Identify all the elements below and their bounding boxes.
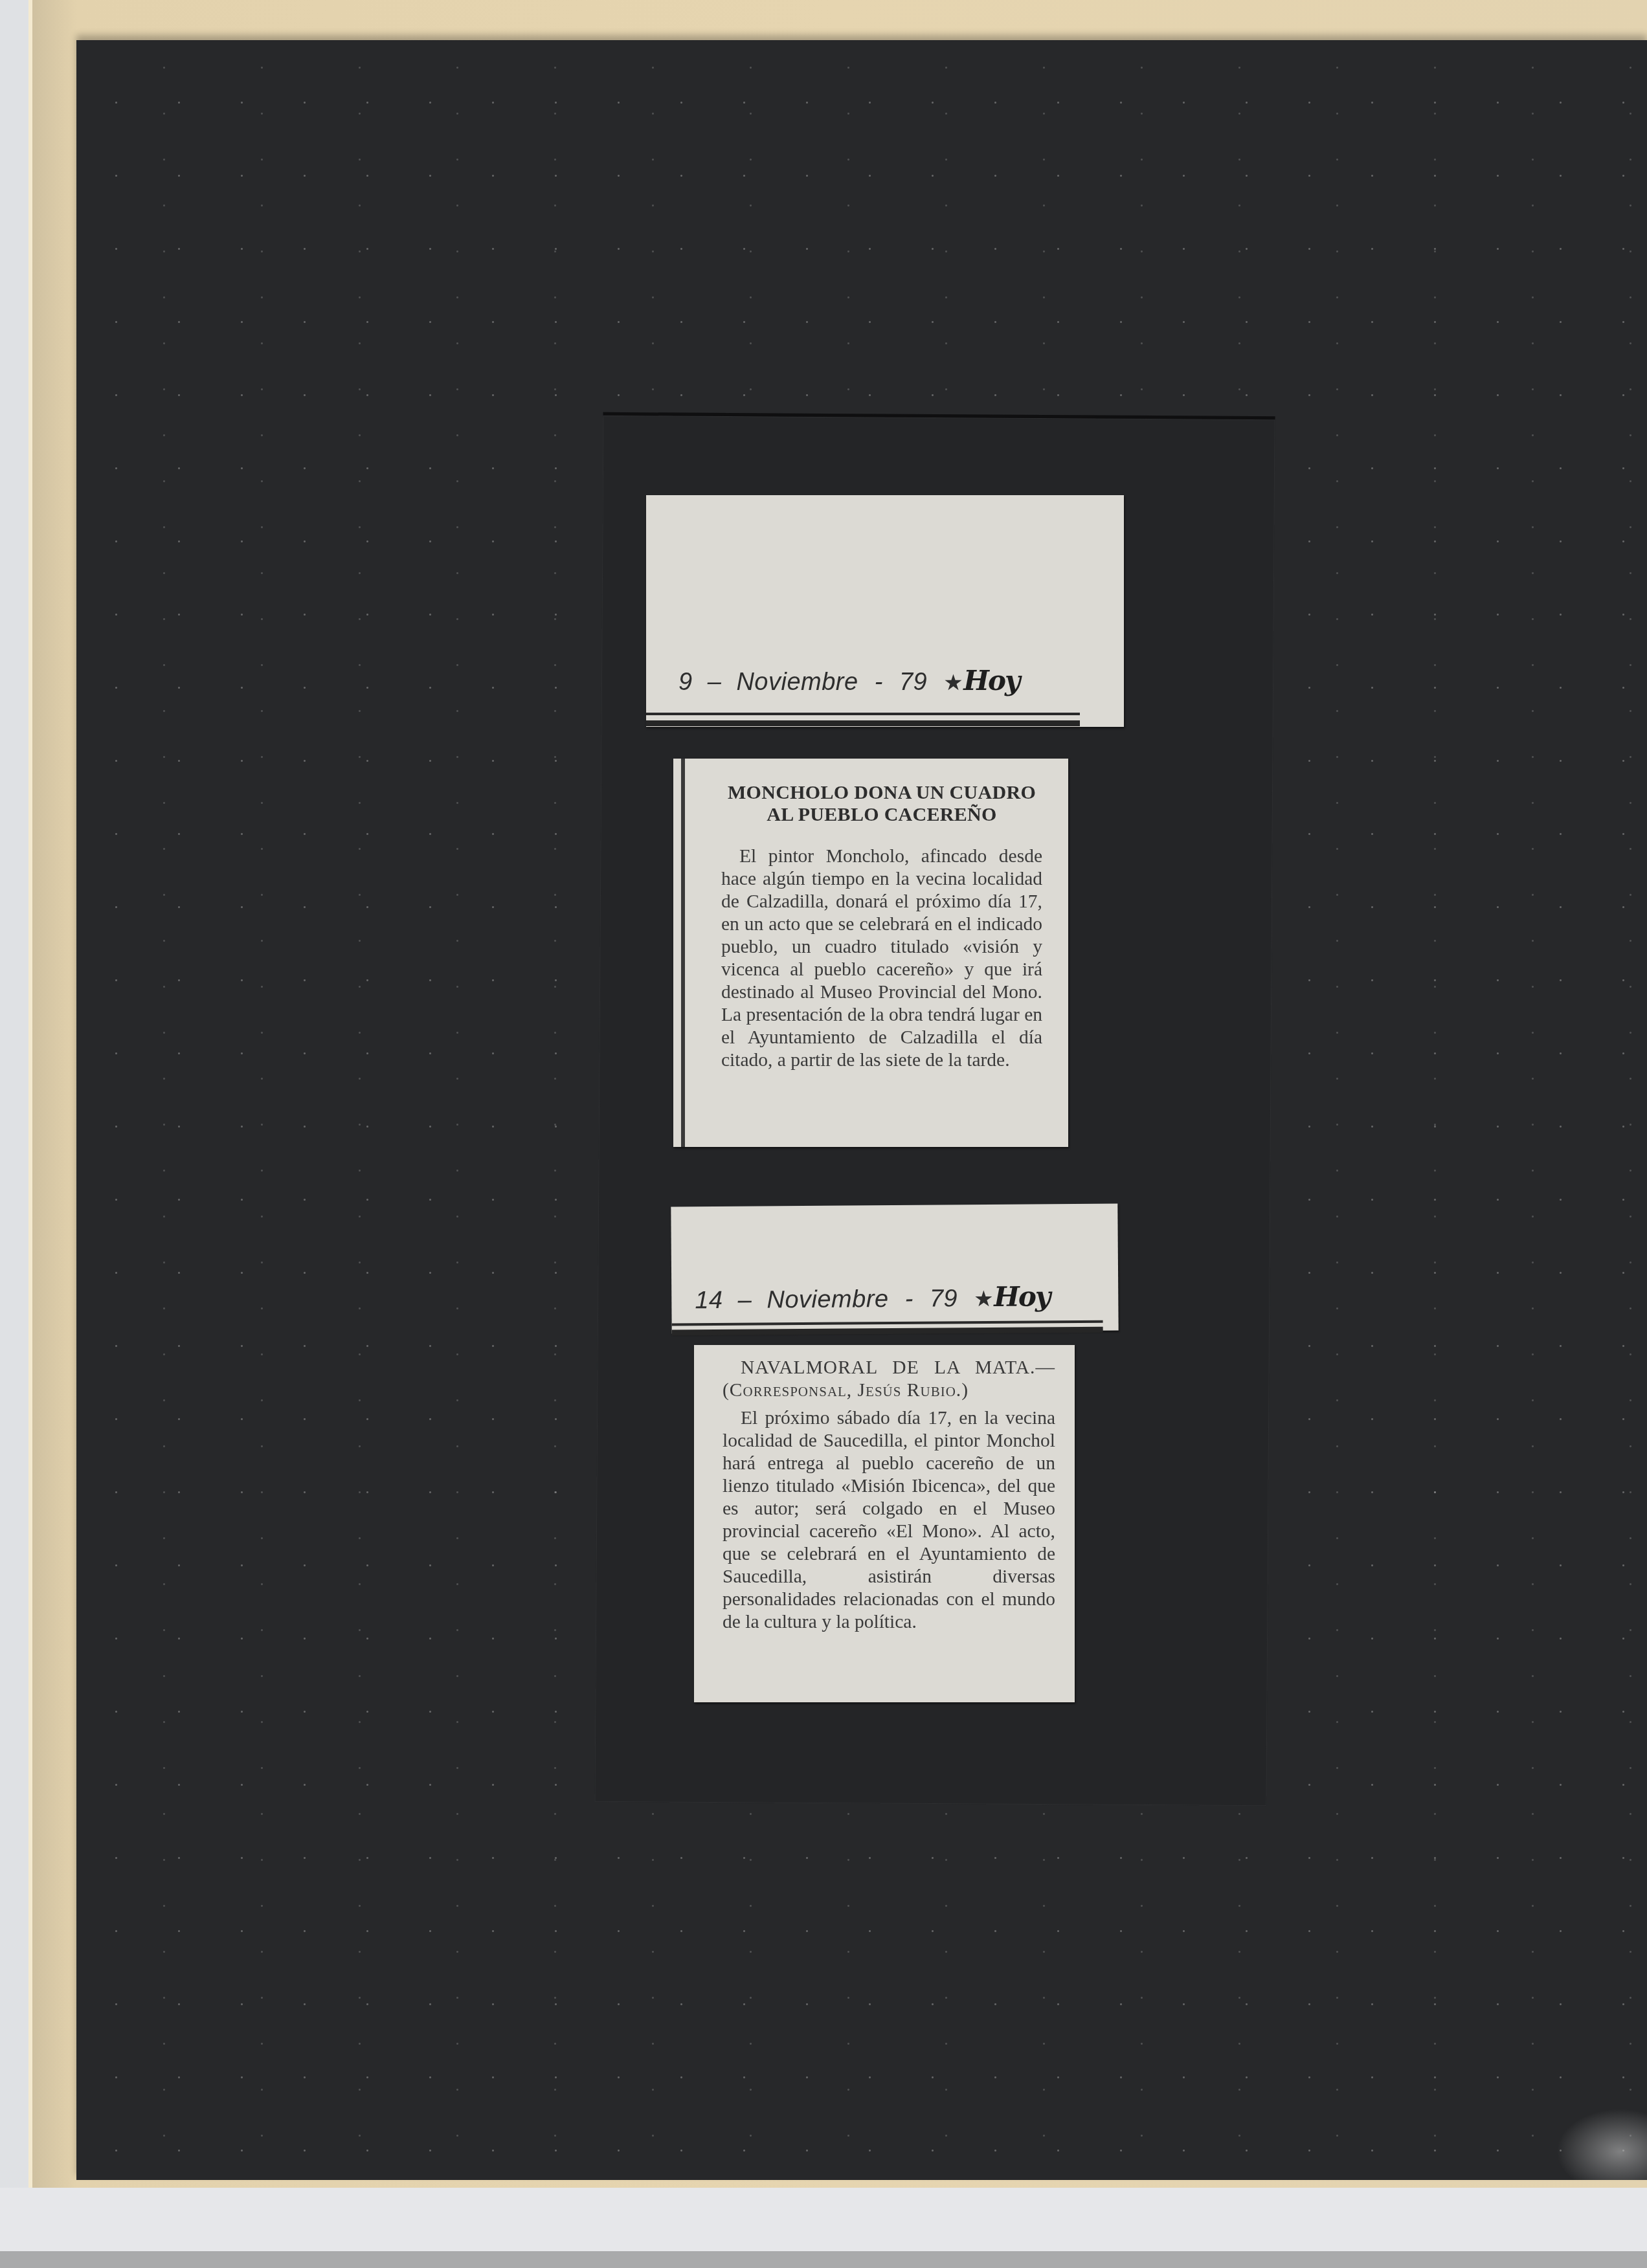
article-2-lead: NAVALMORAL DE LA MATA.—(Corresponsal, Je…: [723, 1357, 1055, 1402]
newspaper-logo-hoy: Hoy: [994, 1280, 1049, 1313]
date-clipping-1: 9 – Noviembre - 79 ★Hoy: [646, 495, 1124, 727]
dateline-day: 14: [695, 1287, 723, 1314]
dateline-sep: -: [905, 1285, 913, 1313]
star-icon: ★: [943, 671, 963, 695]
star-icon: ★: [974, 1287, 994, 1311]
scanner-margin-bottom: [0, 2251, 1647, 2268]
article-2-body: El próximo sábado día 17, en la vecina l…: [723, 1407, 1055, 1634]
article-clipping-1: MONCHOLO DONA UN CUADRO AL PUEBLO CACERE…: [673, 759, 1068, 1147]
column-rule: [681, 759, 685, 1147]
dateline-2: 14 – Noviembre - 79 ★Hoy: [695, 1280, 1049, 1315]
dateline-month: Noviembre: [767, 1285, 889, 1313]
newspaper-logo-hoy: Hoy: [963, 665, 1019, 696]
dateline-year: 79: [899, 669, 927, 696]
scanner-margin-left: [0, 0, 28, 2188]
dateline-sep: –: [738, 1287, 752, 1314]
dateline-sep: –: [708, 669, 722, 696]
date-clipping-2: 14 – Noviembre - 79 ★Hoy: [671, 1204, 1118, 1334]
headline-line-2: AL PUEBLO CACEREÑO: [721, 804, 1042, 826]
dateline-year: 79: [930, 1285, 958, 1312]
article-1-headline: MONCHOLO DONA UN CUADRO AL PUEBLO CACERE…: [721, 782, 1042, 826]
header-rule: [646, 713, 1080, 715]
headline-line-1: MONCHOLO DONA UN CUADRO: [721, 782, 1042, 804]
article-clipping-2: NAVALMORAL DE LA MATA.—(Corresponsal, Je…: [694, 1345, 1075, 1702]
dateline-day: 9: [678, 669, 693, 696]
header-rule: [672, 1320, 1103, 1326]
dateline-1: 9 – Noviembre - 79 ★Hoy: [678, 665, 1019, 696]
header-rule-thick: [646, 720, 1080, 726]
album-page-edge: [28, 0, 32, 2188]
dateline-sep: -: [875, 669, 883, 696]
dateline-month: Noviembre: [736, 669, 858, 696]
article-1-body: El pintor Moncholo, afincado desde hace …: [721, 845, 1042, 1072]
scan-glare: [1556, 2109, 1647, 2180]
